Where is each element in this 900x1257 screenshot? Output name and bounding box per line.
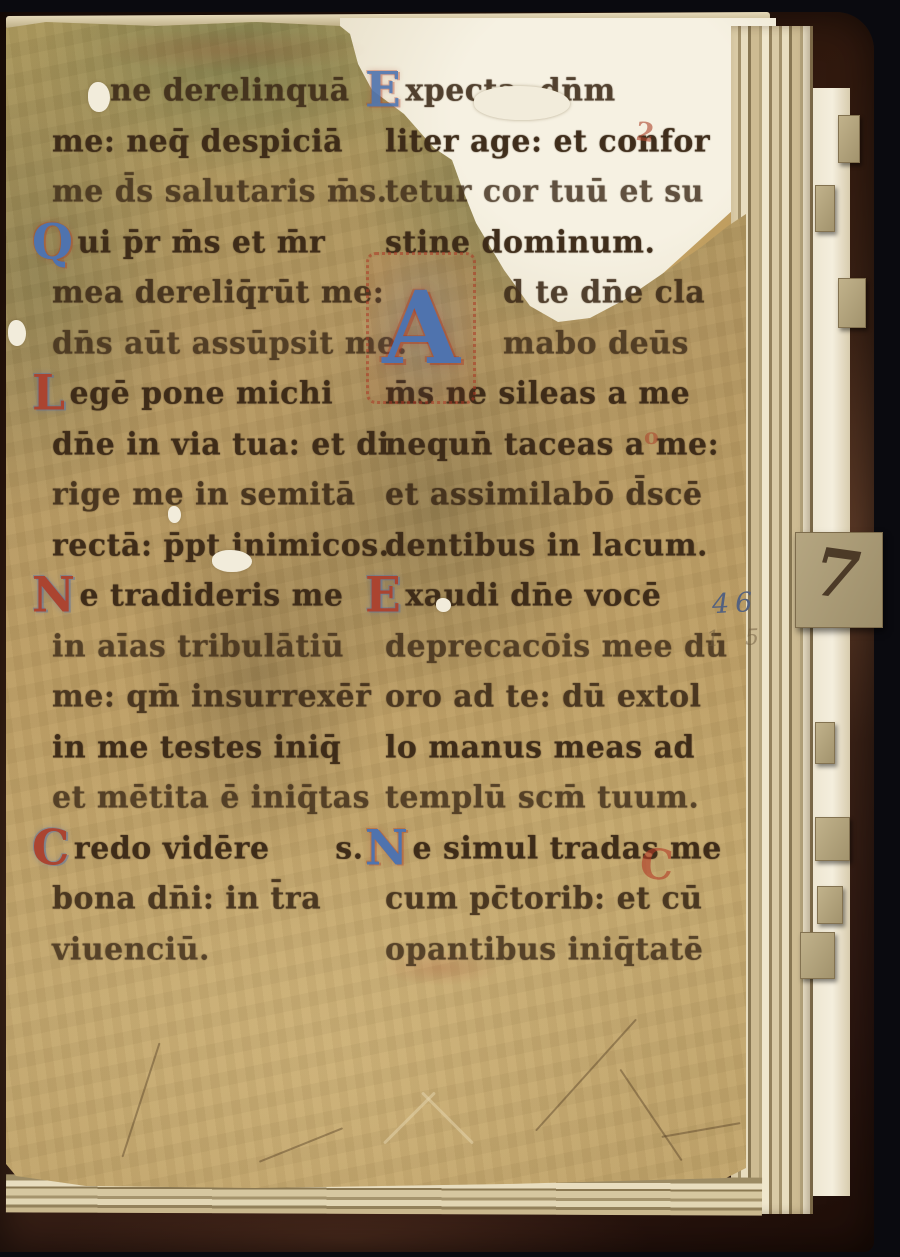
text-line: liter age: et confor <box>385 115 705 168</box>
folio-number: 46 <box>711 587 759 620</box>
illuminated-initial: N <box>32 575 75 617</box>
illuminated-initial: Q <box>32 222 73 264</box>
text-line: dn̄e in via tua: et di <box>52 418 372 471</box>
line-text: mabo deūs <box>503 325 689 361</box>
line-text: in aīas tribulātiū <box>52 628 344 664</box>
illuminated-initial: E <box>365 70 401 112</box>
line-text: tetur cor tuū et su <box>385 173 704 209</box>
text-line: et assimilabō d̄scē <box>385 469 705 522</box>
manuscript-photo: 7 ne derelinquāme: neq̄ despiciāme d̄s s… <box>0 0 900 1257</box>
text-line: Qui p̄r m̄s et m̄r <box>52 216 372 269</box>
fore-edge-tab <box>815 817 850 861</box>
text-line: lo manus meas ad <box>385 721 705 774</box>
fore-edge-tab <box>838 115 860 163</box>
text-line: mea dereliq̄rūt me: <box>52 267 372 320</box>
parchment-hole <box>8 320 26 346</box>
text-line: dn̄s aūt assūpsit me. <box>52 317 372 370</box>
line-text: et assimilabō d̄scē <box>385 476 703 512</box>
line-text: viuenciū. <box>52 931 210 967</box>
parchment-hole <box>474 86 570 120</box>
margin-pen-mark: o <box>644 424 659 450</box>
text-line: opantibus iniq̄tatē <box>385 923 705 976</box>
line-text: me: neq̄ despiciā <box>52 123 343 159</box>
text-line: in aīas tribulātiū <box>52 620 372 673</box>
line-text: me: qm̄ insurrexēr̄ <box>52 678 371 714</box>
fore-edge-tab <box>800 932 835 979</box>
line-text: bona dn̄i: in t̄ra <box>52 880 321 916</box>
illuminated-initial: E <box>365 575 401 617</box>
text-line: in me testes iniq̄ <box>52 721 372 774</box>
text-line: bona dn̄i: in t̄ra <box>52 873 372 926</box>
faint-foliation: 1 5 <box>706 625 769 652</box>
line-text: opantibus iniq̄tatē <box>385 931 703 967</box>
large-initial-letter: A <box>382 269 460 387</box>
line-text: oro ad te: dū extol <box>385 678 702 714</box>
line-text: e simul tradas me <box>412 830 721 866</box>
line-text: templū scm̄ tuum. <box>385 779 699 815</box>
line-text: dentibus in lacum. <box>385 527 708 563</box>
line-text: nequn̄ taceas a me: <box>385 426 719 462</box>
text-column-left: ne derelinquāme: neq̄ despiciāme d̄s sal… <box>52 66 372 975</box>
illuminated-initial: L <box>32 373 66 415</box>
text-line: tetur cor tuū et su <box>385 166 705 219</box>
line-text: dn̄e in via tua: et di <box>52 426 390 462</box>
line-text: et mētita ē iniq̄tas <box>52 779 370 815</box>
line-text: deprecacōis mee dū <box>385 628 728 664</box>
tab-ink-mark: 7 <box>803 533 870 615</box>
illuminated-initial: N <box>365 828 408 870</box>
line-text: ui p̄r m̄s et m̄r <box>77 224 325 260</box>
parchment-hole <box>436 598 451 612</box>
text-line: oro ad te: dū extol <box>385 671 705 724</box>
fore-edge-tab <box>817 886 843 924</box>
text-line: Exaudi dn̄e vocē <box>385 570 705 623</box>
text-line: dentibus in lacum. <box>385 519 705 572</box>
text-line: Legē pone michi <box>52 368 372 421</box>
text-line: rige me in semitā <box>52 469 372 522</box>
text-line: me d̄s salutaris m̄s. <box>52 166 372 219</box>
line-text: mea dereliq̄rūt me: <box>52 274 384 310</box>
text-column-right: Expecta dn̄mliter age: et confortetur co… <box>385 66 705 975</box>
parchment-hole <box>168 506 181 523</box>
line-text: me d̄s salutaris m̄s. <box>52 173 388 209</box>
margin-pen-mark: C <box>638 839 675 890</box>
fore-edge-tab <box>838 278 866 328</box>
text-line: deprecacōis mee dū <box>385 620 705 673</box>
line-text: redo vidēre s. <box>74 830 364 866</box>
line-text: ne derelinquā <box>110 72 350 108</box>
text-line: me: neq̄ despiciā <box>52 115 372 168</box>
illuminated-initial-large: A <box>366 252 476 404</box>
parchment-hole <box>88 82 110 112</box>
text-line: Ne tradideris me <box>52 570 372 623</box>
text-line: viuenciū. <box>52 923 372 976</box>
text-line: Credo vidēre s. <box>52 822 372 875</box>
parchment-hole <box>212 550 252 572</box>
fore-edge-tab-marked: 7 <box>795 532 883 628</box>
text-line: me: qm̄ insurrexēr̄ <box>52 671 372 724</box>
line-text: liter age: et confor <box>385 123 710 159</box>
line-text: lo manus meas ad <box>385 729 695 765</box>
text-line: templū scm̄ tuum. <box>385 772 705 825</box>
line-text: dn̄s aūt assūpsit me. <box>52 325 408 361</box>
line-text: e tradideris me <box>79 577 343 613</box>
line-text: egē pone michi <box>70 375 334 411</box>
line-text: d te dn̄e cla <box>503 274 705 310</box>
fore-edge-tab <box>815 722 835 764</box>
illuminated-initial: C <box>32 828 70 870</box>
text-line: et mētita ē iniq̄tas <box>52 772 372 825</box>
line-text: in me testes iniq̄ <box>52 729 341 765</box>
fore-edge-tab <box>815 185 835 232</box>
line-text: rige me in semitā <box>52 476 356 512</box>
